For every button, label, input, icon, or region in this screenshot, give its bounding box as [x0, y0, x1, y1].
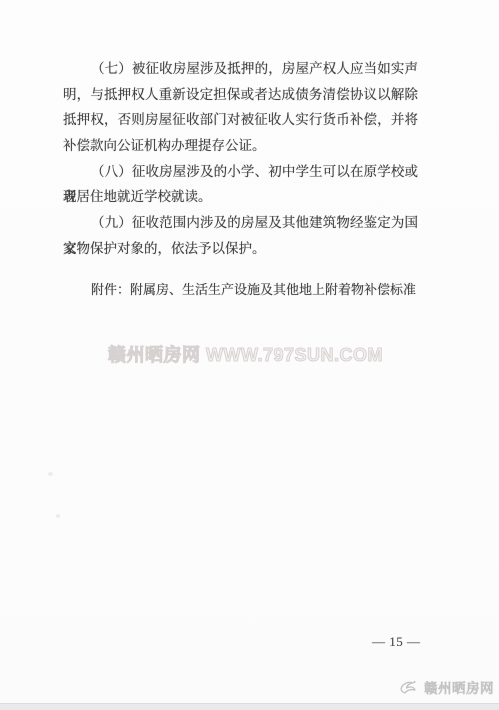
scanned-document-page: （七）被征收房屋涉及抵押的，房屋产权人应当如实声 明，与抵押权人重新设定担保或者…: [0, 0, 499, 710]
paragraph-line: （八）征收房屋涉及的小学、初中学生可以在原学校或者: [63, 159, 418, 185]
document-body: （七）被征收房屋涉及抵押的，房屋产权人应当如实声 明，与抵押权人重新设定担保或者…: [63, 56, 418, 302]
paragraph-line: 抵押权，否则房屋征收部门对被征收人实行货币补偿，并将: [63, 107, 418, 133]
paragraph-line: （九）征收范围内涉及的房屋及其他建筑物经鉴定为国家: [63, 210, 418, 236]
paragraph-8: （八）征收房屋涉及的小学、初中学生可以在原学校或者 现居住地就近学校就读。: [63, 159, 418, 210]
paragraph-line: 现居住地就近学校就读。: [63, 184, 418, 210]
footer-logo-label: 赣州晒房网: [424, 677, 494, 697]
page-number: — 15 —: [372, 634, 421, 650]
bird-logo-icon: [398, 677, 420, 697]
paragraph-line: （七）被征收房屋涉及抵押的，房屋产权人应当如实声: [63, 56, 418, 82]
site-watermark: 赣州晒房网 WWW.797SUN.COM: [108, 341, 383, 367]
paragraph-9: （九）征收范围内涉及的房屋及其他建筑物经鉴定为国家 文物保护对象的，依法予以保护…: [63, 210, 418, 261]
footer-logo: 赣州晒房网: [398, 677, 494, 697]
scan-speck: [56, 514, 60, 518]
scan-speck: [48, 472, 53, 476]
paragraph-7: （七）被征收房屋涉及抵押的，房屋产权人应当如实声 明，与抵押权人重新设定担保或者…: [63, 56, 418, 159]
attachment-line: 附件：附属房、生活生产设施及其他地上附着物补偿标准: [63, 277, 418, 303]
paragraph-line: 明，与抵押权人重新设定担保或者达成债务清偿协议以解除: [63, 82, 418, 108]
paragraph-line: 文物保护对象的，依法予以保护。: [63, 236, 418, 262]
paragraph-line: 补偿款向公证机构办理提存公证。: [63, 133, 418, 159]
page-bottom-edge: [0, 703, 499, 710]
